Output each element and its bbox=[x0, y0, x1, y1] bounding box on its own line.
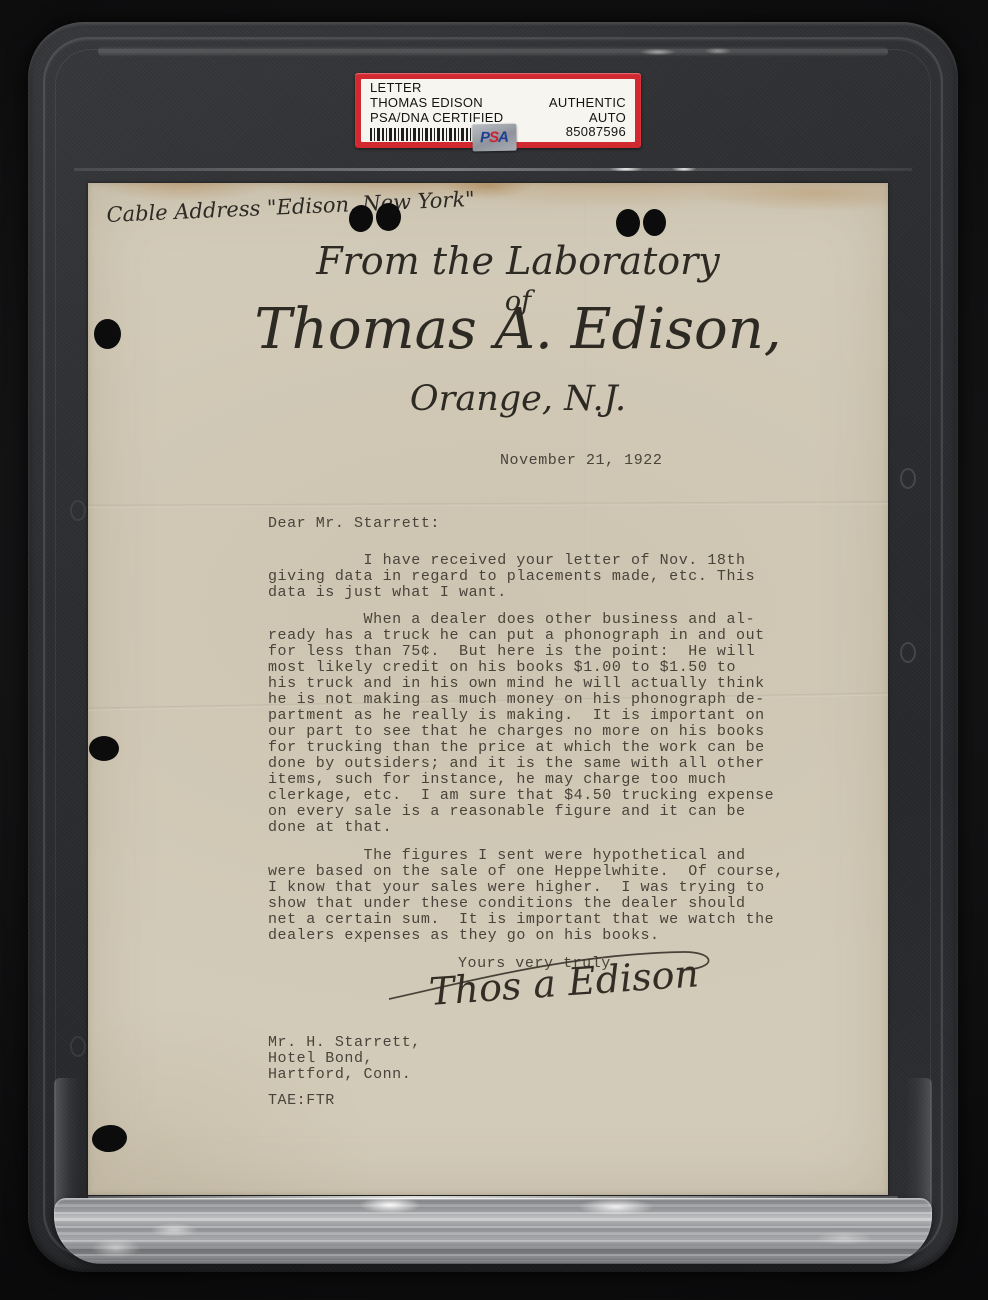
letter-document: Cable Address "Edison, New York" From th… bbox=[88, 183, 888, 1195]
slab-clear-bottom-edge bbox=[54, 1198, 932, 1264]
label-certifier: PSA/DNA CERTIFIED bbox=[370, 111, 503, 125]
letter-paragraph: When a dealer does other business and al… bbox=[268, 612, 774, 836]
psa-cert-label: LETTER THOMAS EDISON PSA/DNA CERTIFIED A… bbox=[355, 73, 641, 148]
slab-clear-side-edge bbox=[906, 1078, 932, 1206]
slab-side-notch bbox=[900, 468, 916, 489]
letter-salutation: Dear Mr. Starrett: bbox=[268, 516, 440, 532]
fold-crease bbox=[88, 501, 888, 507]
slab-side-notch bbox=[900, 642, 916, 663]
psa-hologram-logo-icon: PSA bbox=[472, 124, 516, 152]
letter-paragraph: I have received your letter of Nov. 18th… bbox=[268, 553, 755, 601]
punch-hole bbox=[616, 209, 640, 237]
punch-hole bbox=[94, 319, 121, 349]
punch-hole bbox=[89, 736, 119, 761]
label-auto: AUTO bbox=[589, 111, 626, 125]
psa-logo-letter: A bbox=[498, 130, 509, 145]
punch-hole bbox=[376, 203, 401, 231]
label-subject: THOMAS EDISON bbox=[370, 96, 483, 110]
letter-reference-initials: TAE:FTR bbox=[268, 1093, 335, 1109]
letter-paragraph: The figures I sent were hypothetical and… bbox=[268, 848, 784, 944]
slab-side-notch bbox=[70, 1036, 86, 1057]
cable-address: Cable Address "Edison, New York" bbox=[106, 187, 475, 227]
punch-hole bbox=[91, 1123, 129, 1154]
letterhead-line3: Thomas A. Edison, bbox=[148, 297, 888, 362]
slab-side-notch bbox=[70, 500, 86, 521]
slab-window-top-edge bbox=[74, 168, 912, 171]
psa-slab-case: LETTER THOMAS EDISON PSA/DNA CERTIFIED A… bbox=[28, 22, 958, 1272]
signature-svg: Thos a Edison bbox=[383, 939, 735, 1017]
label-item-type: LETTER bbox=[370, 81, 422, 95]
barcode bbox=[370, 128, 476, 141]
letter-date: November 21, 1922 bbox=[500, 453, 662, 469]
letterhead-line1: From the Laboratory bbox=[148, 239, 888, 283]
punch-hole bbox=[643, 209, 666, 236]
label-cert-number: 85087596 bbox=[566, 125, 626, 139]
letter-recipient: Mr. H. Starrett, Hotel Bond, Hartford, C… bbox=[268, 1035, 421, 1083]
edison-signature: Thos a Edison bbox=[383, 939, 735, 1017]
slab-top-edge-highlight bbox=[98, 46, 888, 57]
label-authentic: AUTHENTIC bbox=[549, 96, 626, 110]
photo-background: LETTER THOMAS EDISON PSA/DNA CERTIFIED A… bbox=[0, 0, 988, 1300]
signature-name: Thos a Edison bbox=[428, 951, 701, 1014]
slab-clear-side-edge bbox=[54, 1078, 80, 1206]
letterhead-line4: Orange, N.J. bbox=[148, 379, 888, 419]
